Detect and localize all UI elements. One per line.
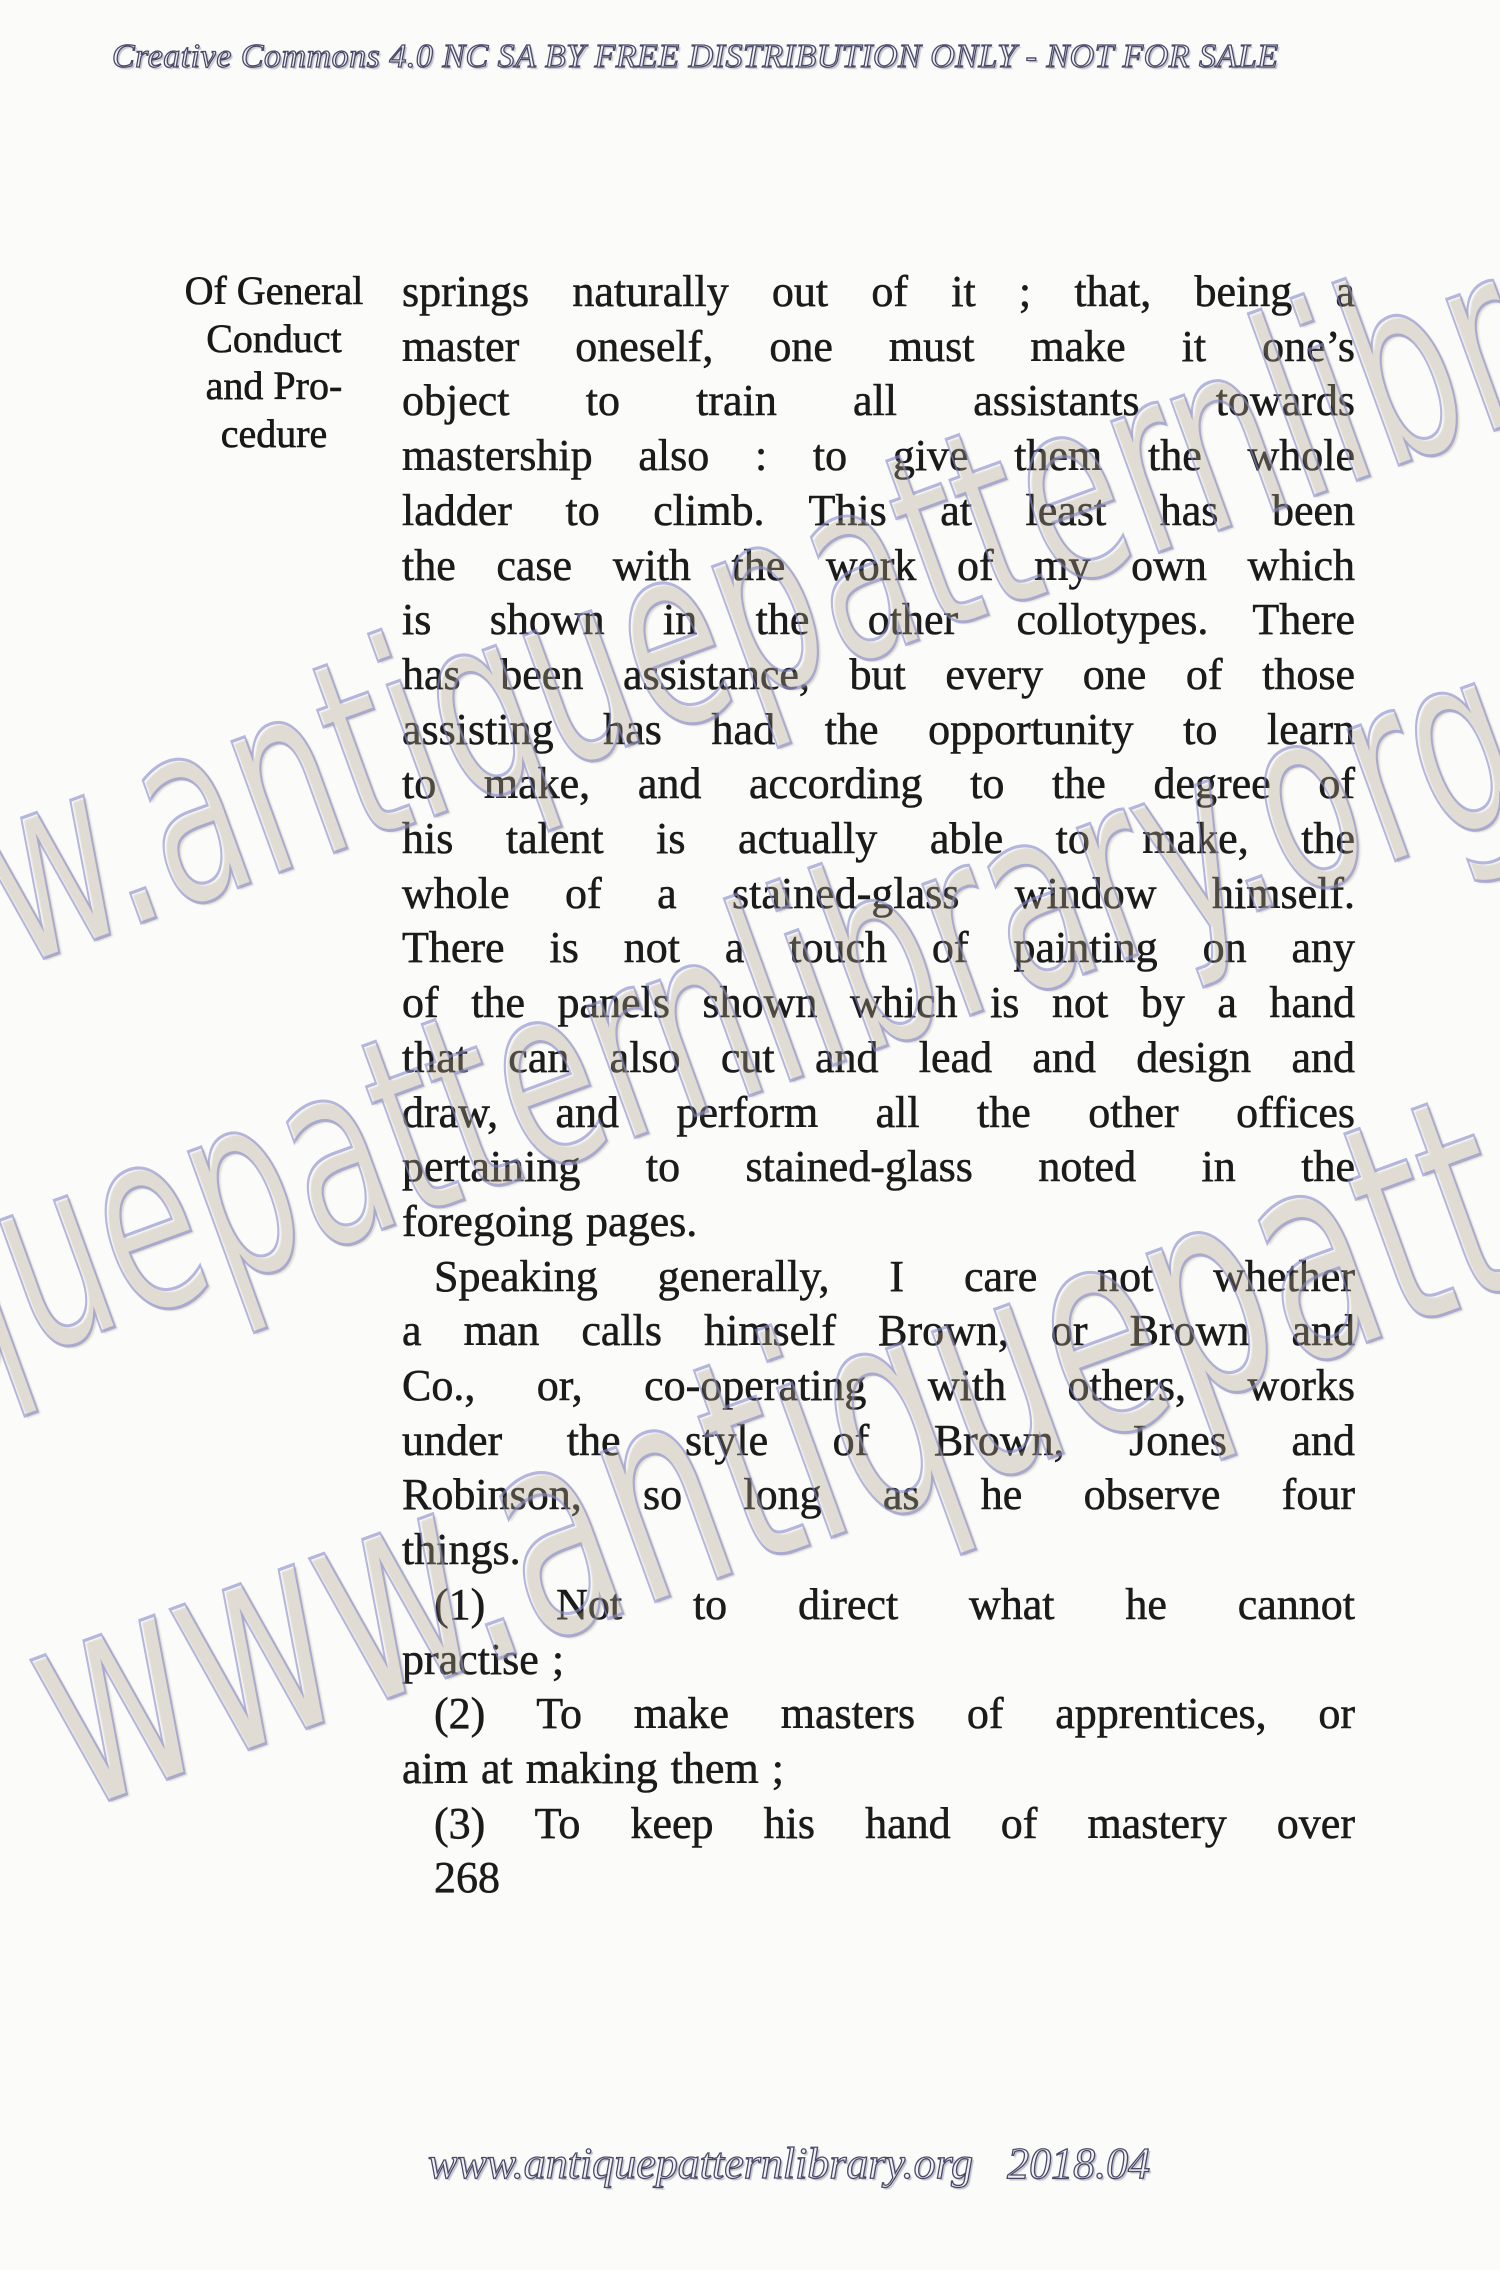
- body-line: pertaining to stained-glass noted in the: [402, 1140, 1355, 1195]
- body-line: Robinson, so long as he observe four: [402, 1468, 1355, 1523]
- body-line: a man calls himself Brown, or Brown and: [402, 1304, 1355, 1359]
- body-text: springs naturally out of it ; that, bein…: [402, 265, 1355, 1906]
- margin-note-line: and Pro-: [168, 362, 380, 410]
- body-line: object to train all assistants towards: [402, 374, 1355, 429]
- body-line: mastership also : to give them the whole: [402, 429, 1355, 484]
- margin-note-line: Of General: [168, 267, 380, 315]
- body-line: has been assistance, but every one of th…: [402, 648, 1355, 703]
- body-line: (2) To make masters of apprentices, or: [402, 1687, 1355, 1742]
- footer-site-url: www.antiquepatternlibrary.org: [428, 2139, 973, 2188]
- body-line: foregoing pages.: [402, 1195, 1355, 1250]
- page-footer: www.antiquepatternlibrary.org2018.04: [428, 2138, 1150, 2189]
- body-line: practise ;: [402, 1633, 1355, 1688]
- body-line: There is not a touch of painting on any: [402, 921, 1355, 976]
- body-line: springs naturally out of it ; that, bein…: [402, 265, 1355, 320]
- body-line: to make, and according to the degree of: [402, 757, 1355, 812]
- body-line: Co., or, co-operating with others, works: [402, 1359, 1355, 1414]
- body-line: (1) Not to direct what he cannot: [402, 1578, 1355, 1633]
- body-line: Speaking generally, I care not whether: [402, 1250, 1355, 1305]
- body-line: under the style of Brown, Jones and: [402, 1414, 1355, 1469]
- body-line: that can also cut and lead and design an…: [402, 1031, 1355, 1086]
- body-line: whole of a stained-glass window himself.: [402, 867, 1355, 922]
- body-line: aim at making them ;: [402, 1742, 1355, 1797]
- margin-note-line: cedure: [168, 410, 380, 458]
- body-line: draw, and perform all the other offices: [402, 1086, 1355, 1141]
- body-line: his talent is actually able to make, the: [402, 812, 1355, 867]
- page-number: 268: [402, 1851, 1355, 1906]
- margin-note-line: Conduct: [168, 315, 380, 363]
- body-line: master oneself, one must make it one’s: [402, 320, 1355, 375]
- body-line: is shown in the other collotypes. There: [402, 593, 1355, 648]
- body-line: the case with the work of my own which: [402, 539, 1355, 594]
- body-line: (3) To keep his hand of mastery over: [402, 1797, 1355, 1852]
- body-line: of the panels shown which is not by a ha…: [402, 976, 1355, 1031]
- body-line: things.: [402, 1523, 1355, 1578]
- margin-note: Of General Conduct and Pro- cedure: [168, 267, 380, 457]
- footer-edition: 2018.04: [1007, 2139, 1150, 2188]
- body-line: ladder to climb. This at least has been: [402, 484, 1355, 539]
- body-line: assisting has had the opportunity to lea…: [402, 703, 1355, 758]
- scanned-book-page: Creative Commons 4.0 NC SA BY FREE DISTR…: [0, 0, 1500, 2270]
- license-header: Creative Commons 4.0 NC SA BY FREE DISTR…: [112, 38, 1279, 76]
